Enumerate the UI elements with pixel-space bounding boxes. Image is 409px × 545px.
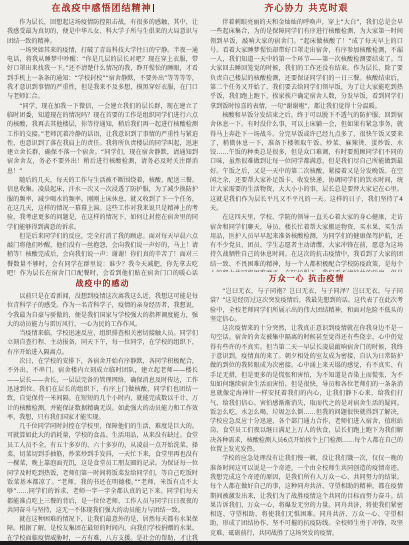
paragraph: 就在这种困难的情况下，让我们最意外的是，居然每天都有水果保障。根据了解，是校友集… — [7, 515, 198, 541]
paragraph: 一场突如其来的疫情，打破了青岛科技大学往日的宁静。半夜一通电话，将我从睡梦中吵醒… — [7, 46, 198, 102]
right-subheading: 万众一心 抗击疫情 — [210, 274, 403, 284]
left-column-title: 在战疫中感悟团结精神 — [7, 4, 198, 15]
left-section-1: 在战疫中感悟团结精神 作为层长，回想起这场疫情防控阻击战，有很多的感触，其中，让… — [7, 0, 198, 277]
paragraph: “同学，现在加我一下微信，一会建立我们的层长群，现在建立了临时团委，知道现在的情… — [7, 102, 198, 176]
scan-bottom-edge — [0, 541, 409, 545]
paragraph: 这次疫情来的十分突然，让我真正意识到疫情就在你我身边不是一句空话。宿舍的舍友被集… — [210, 324, 403, 454]
document-page: 在战疫中感悟团结精神 作为层长，回想起这场疫情防控阻击战，有很多的感触，其中，让… — [0, 0, 409, 545]
paragraph: 核酸和早饭分发结束之后，终于可以脱下不透气的防护服，回到宿舍休息一下。有时没什么… — [210, 111, 403, 213]
left-column-title-text: 在战疫中感悟团结精神 — [51, 4, 151, 14]
paragraph: 以前只是在看新闻，没想到疫情这次离我这么近，我想这可能是每位青科学子的感受。作为… — [7, 292, 198, 329]
paragraph: 但是后来同学们的反应，完全打消了我的顾虑。面对每天早晨六点敲门将他们吵醒，他们没… — [7, 232, 198, 277]
right-section-2: 万众一心 抗击疫情 “岂曰无衣，与子同袍？岂曰无衣，与子同泽？岂曰无衣，与子同裳… — [210, 272, 403, 541]
paragraph: 几千位同学同时封控在学校里，保障他们的生活，难度是巨大的。可就算如此大的消耗量，… — [7, 422, 198, 515]
text-cursor — [153, 4, 154, 12]
left-column: 在战疫中感悟团结精神 作为层长，回想起这场疫情防控阻击战，有很多的感触，其中，让… — [7, 0, 198, 545]
right-column-title: 齐心协力 共克时艰 — [210, 4, 403, 15]
paragraph: 伴着刺眼亮丽的天和金灿灿的呼唤声，穿上“大白”，我们总是会早一些起床集合，为的是… — [210, 18, 403, 111]
paragraph: 作为层长，回想起这场疫情防控阻击战，有很多的感触，其中，让我感受最为真切的，便是… — [7, 18, 198, 46]
left-subheading: 战疫中的感动 — [7, 279, 198, 289]
paragraph: 次日，在学校的安排下，各宿舍开始有序静默，各同学积极配合，不外出，不串门。宿舍楼… — [7, 357, 198, 422]
paragraph: “岂曰无衣，与子同袍？岂曰无衣，与子同泽？岂曰无衣，与子同裳？”这是经历过这次突… — [210, 287, 403, 324]
right-column: 齐心协力 共克时艰 伴着刺眼亮丽的天和金灿灿的呼唤声，穿上“大白”，我们总是会早… — [210, 0, 403, 545]
right-section-1: 齐心协力 共克时艰 伴着刺眼亮丽的天和金灿灿的呼唤声，穿上“大白”，我们总是会早… — [210, 0, 403, 272]
paragraph: 学校的应急处理没有让我们慢一顿，没让我们饿一次，仅仅一晚的准备时间这可以说是一个… — [210, 454, 403, 538]
paragraph: 在这四天里，学校、学院的领导一直关心着大家的身心健康，走访宿舍和同学们聊天，导员… — [210, 213, 403, 272]
paragraph: 随后的几天，每天的工作与生活被不断围绕着，核酸、配送三餐、信息收集。凌晨起床，汗… — [7, 176, 198, 232]
paragraph: 当疫情来临，学校迅速反应，组织排查相关密切接触人员。同学们立刻自查行程、主动报备… — [7, 329, 198, 357]
left-section-2: 战疫中的感动 以前只是在看新闻，没想到疫情这次离我这么近，我想这可能是每位青科学… — [7, 277, 198, 541]
